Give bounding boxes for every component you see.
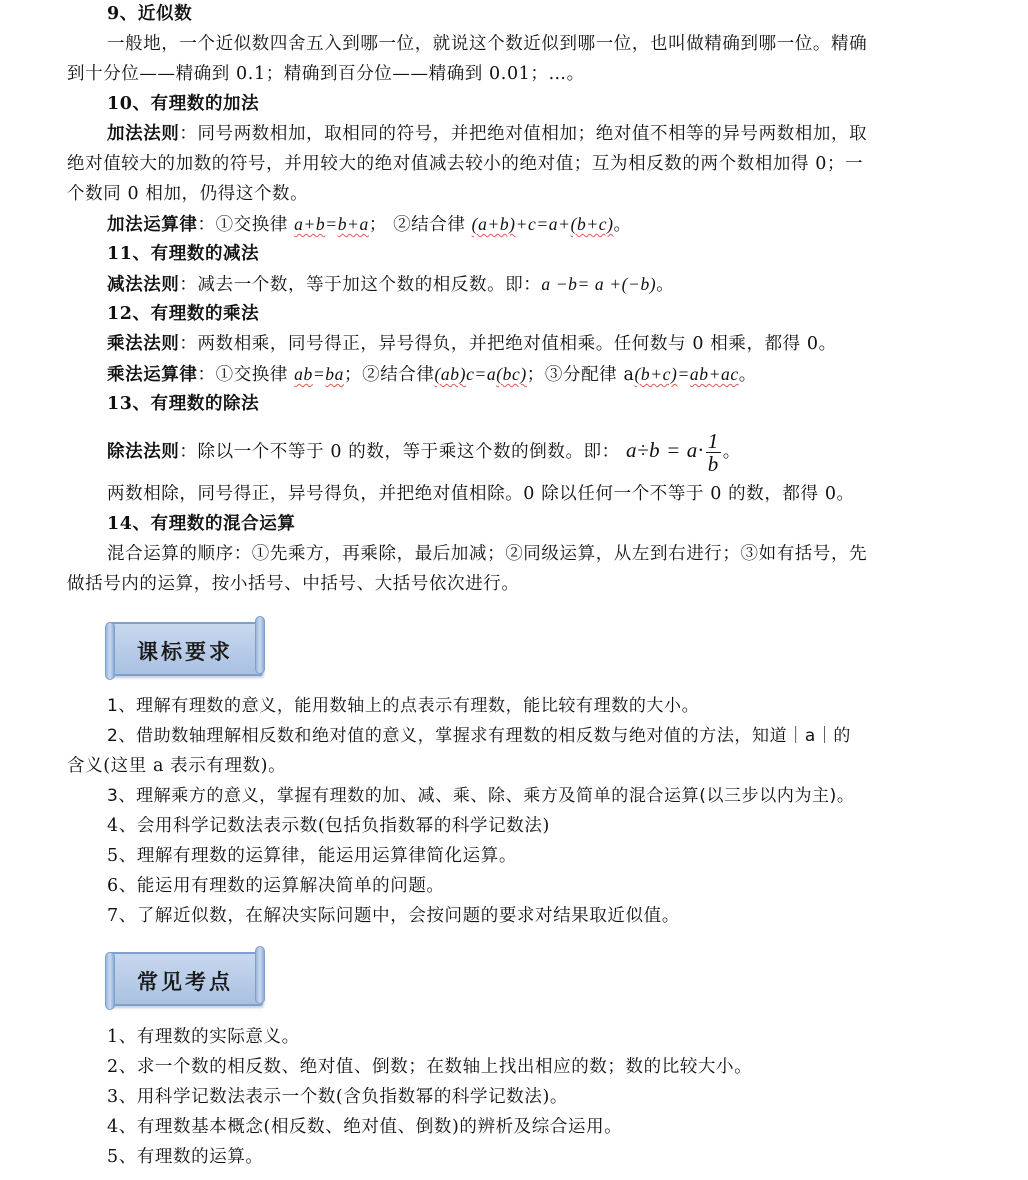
heading-multiplication: 12、有理数的乘法 [107,302,259,326]
commutative-label: ：①交换律 [198,215,295,235]
curriculum-item: 2、借助数轴理解相反数和绝对值的意义，掌握求有理数的相反数与绝对值的方法，知道｜… [107,724,851,748]
formula-term: (b+c) [634,364,677,384]
approx-body-line2: 到十分位——精确到 0.1；精确到百分位——精确到 0.01；…。 [67,62,585,86]
formula-equals: = [325,214,337,234]
curriculum-item: 1、理解有理数的意义，能用数轴上的点表示有理数，能比较有理数的大小。 [107,694,699,718]
formula-term: a+b [294,214,325,234]
banner-label: 课标要求 [109,636,261,666]
multiplication-laws: 乘法运算律：①交换律 ab=ba；②结合律(ab)c=a(bc)；③分配律 a(… [107,362,757,387]
exam-item: 5、有理数的运算。 [107,1145,264,1169]
multiplication-rule-text: ：两数相乘，同号得正，异号得负，并把绝对值相乘。任何数与 0 相乘，都得 0。 [179,334,836,354]
period: 。 [656,275,674,295]
heading-subtraction: 11、有理数的减法 [107,242,259,266]
addition-rule-text: ：同号两数相加，取相同的符号，并把绝对值相加；绝对值不相等的异号两数相加，取 [179,124,867,144]
formula-term: (a+b) [472,214,516,234]
subtraction-rule-label: 减法法则 [107,275,179,295]
addition-rule-line3: 个数同 0 相加，仍得这个数。 [67,182,308,206]
exam-item: 2、求一个数的相反数、绝对值、倒数；在数轴上找出相应的数；数的比较大小。 [107,1055,752,1079]
formula-term: (b+c) [571,214,614,234]
associative-label: ； ②结合律 [369,215,472,235]
exam-item: 3、用科学记数法表示一个数(含负指数幂的科学记数法)。 [107,1085,568,1109]
mixed-ops-line2: 做括号内的运算，按小括号、中括号、大括号依次进行。 [67,572,520,596]
associative-label: ；②结合律 [344,365,435,385]
heading-division: 13、有理数的除法 [107,392,259,416]
curriculum-item: 7、了解近似数，在解决实际问题中，会按问题的要求对结果取近似值。 [107,904,680,928]
formula-term: ab [294,364,313,384]
addition-laws: 加法运算律：①交换律 a+b=b+a； ②结合律 (a+b)+c=a+(b+c)… [107,212,632,237]
period: 。 [723,442,741,462]
period: 。 [739,365,757,385]
heading-mixed-operations: 14、有理数的混合运算 [107,512,295,536]
formula-term: ab+ac [690,364,739,384]
fraction-denominator: b [706,453,721,475]
banner-curriculum-requirements: 课标要求 [107,622,263,676]
commutative-label: ：①交换律 [198,365,295,385]
formula-term: (bc) [496,364,527,384]
division-rule: 除法法则：除以一个不等于 0 的数，等于乘这个数的倒数。即： a÷b = a·1… [107,426,741,476]
division-rule-text: ：除以一个不等于 0 的数，等于乘这个数的倒数。即： [179,442,619,462]
division-formula: a÷b = a· [626,438,704,462]
division-line2: 两数相除，同号得正，异号得负，并把绝对值相除。0 除以任何一个不等于 0 的数，… [107,482,855,506]
subtraction-rule-text: ：减去一个数，等于加这个数的相反数。即： [179,275,541,295]
formula-mid: c=a [466,364,496,384]
fraction: 1b [706,430,721,475]
fraction-numerator: 1 [706,430,721,453]
addition-law-label: 加法运算律 [107,215,198,235]
curriculum-item-cont: 含义(这里 a 表示有理数)。 [67,754,286,778]
addition-rule-line2: 绝对值较大的加数的符号，并用较大的绝对值减去较小的绝对值；互为相反数的两个数相加… [67,152,863,176]
formula-equals: = [313,364,325,384]
distributive-label: ；③分配律 a [527,365,635,385]
division-rule-label: 除法法则 [107,442,179,462]
subtraction-formula: a −b= a +(−b) [541,274,656,294]
exam-item: 4、有理数基本概念(相反数、绝对值、倒数)的辨析及综合运用。 [107,1115,622,1139]
mixed-ops-line1: 混合运算的顺序：①先乘方，再乘除，最后加减；②同级运算，从左到右进行；③如有括号… [107,542,867,566]
multiplication-rule: 乘法法则：两数相乘，同号得正，异号得负，并把绝对值相乘。任何数与 0 相乘，都得… [107,332,837,356]
formula-term: ba [325,364,344,384]
addition-rule-label: 加法法则 [107,124,179,144]
curriculum-item: 3、理解乘方的意义，掌握有理数的加、减、乘、除、乘方及简单的混合运算(以三步以内… [107,784,854,808]
heading-addition: 10、有理数的加法 [107,92,259,116]
subtraction-rule: 减法法则：减去一个数，等于加这个数的相反数。即：a −b= a +(−b)。 [107,272,674,297]
approx-body-line1: 一般地，一个近似数四舍五入到哪一位，就说这个数近似到哪一位，也叫做精确到哪一位。… [107,32,867,56]
curriculum-item: 4、会用科学记数法表示数(包括负指数幂的科学记数法) [107,814,550,838]
formula-term: b+a [338,214,369,234]
curriculum-item: 6、能运用有理数的运算解决简单的问题。 [107,874,445,898]
multiplication-law-label: 乘法运算律 [107,365,198,385]
period: 。 [614,215,632,235]
curriculum-item: 5、理解有理数的运算律，能运用运算律简化运算。 [107,844,517,868]
formula-mid: +c=a+ [516,214,571,234]
exam-item: 1、有理数的实际意义。 [107,1025,300,1049]
heading-approx-numbers: 9、近似数 [107,2,192,26]
banner-common-exam-points: 常见考点 [107,952,263,1006]
formula-equals: = [677,364,689,384]
addition-rule-line1: 加法法则：同号两数相加，取相同的符号，并把绝对值相加；绝对值不相等的异号两数相加… [107,122,867,146]
formula-term: (ab) [435,364,467,384]
multiplication-rule-label: 乘法法则 [107,334,179,354]
banner-label: 常见考点 [109,966,261,996]
